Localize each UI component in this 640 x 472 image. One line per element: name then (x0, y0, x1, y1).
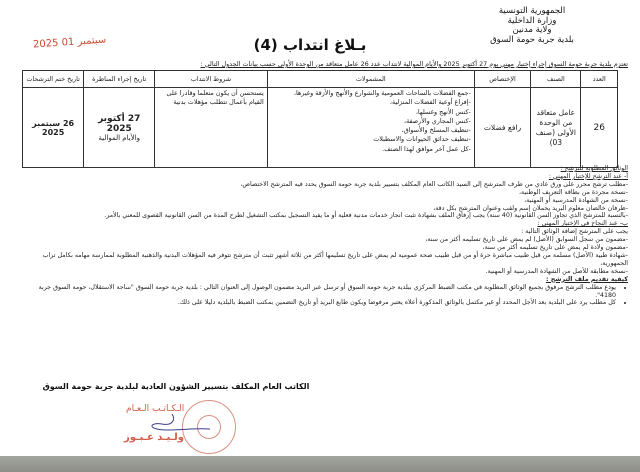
cell-deadline: 26 سبتمبر 2025 (23, 88, 84, 168)
signature-block: الـكـاتـب الـعـام ولـيـد عـبـوز (112, 398, 232, 454)
letterhead-line: بلدية جربة حومة السوق (462, 36, 602, 46)
col-conditions: شروط الانتداب (155, 71, 268, 88)
col-specialty: الإختصاص (474, 71, 530, 88)
intro-text: تعتزم بلدية جربة حومة السوق إجراء إختبار… (68, 60, 628, 68)
doc-item: -مضمون ولادة لم يمض على تاريخ تسليمه أكث… (18, 244, 628, 252)
table-row: 26 عامل متعاقد من الوحدة الأولى (صنف 03)… (23, 88, 618, 168)
cell-conditions: يستحسن أن يكون متعلما وقادرا على القيام … (155, 88, 268, 168)
duty-item: -جمع الفضلات بالساحات العمومية والشوارع … (271, 89, 471, 98)
table-header-row: العدد الصنف الإختصاص المشمولات شروط الان… (23, 71, 618, 88)
duty-item: -كنس الأنهج وغسلها، (271, 108, 471, 117)
col-deadline: تاريخ ختم الترشحات (23, 71, 84, 88)
section-b-intro: يجب على المترشح إضافة الوثائق التالية : (18, 228, 628, 236)
scanned-document-page: الجمهورية التونسية وزارة الداخلية ولاية … (0, 0, 640, 456)
section-b-title: ب- عند النجاح في الإختبار المهني : (18, 220, 628, 228)
cell-exam-date: 27 أكتوبر 2025 والأيام الموالية (84, 88, 155, 168)
scanner-background (0, 456, 640, 472)
doc-item: -شهادة طبية (الأصل) مسلمة من قبل طبيب مب… (18, 252, 628, 268)
exam-date: 27 أكتوبر 2025 (87, 114, 151, 134)
submission-item: يودع مطلب الترشح مرفوق بجميع الوثائق الم… (18, 284, 616, 300)
duty-item: -إفراغ أوعية الفضلات المنزلية، (271, 98, 471, 107)
cell-count: 26 (581, 88, 618, 168)
col-count: العدد (581, 71, 618, 88)
submission-list: يودع مطلب الترشح مرفوق بجميع الوثائق الم… (18, 284, 628, 308)
doc-item: -مضمون من سجل السوابق (الأصل) لم يمض على… (18, 236, 628, 244)
duty-item: -كل عمل آخر موافق لهذا الصنف. (271, 145, 471, 154)
doc-item: -نسخة مطابقة للأصل من الشهادة المدرسية أ… (18, 268, 628, 276)
doc-item: -نسخة من الشهادة المدرسية أو المهنية، (18, 197, 628, 205)
letterhead: الجمهورية التونسية وزارة الداخلية ولاية … (462, 7, 602, 45)
cell-duties: -جمع الفضلات بالساحات العمومية والشوارع … (267, 88, 474, 168)
submission-heading: كيفية تقديم ملف الترشح : (18, 276, 628, 284)
doc-item: -نسخة مجردة من بطاقة التعريف الوطنية، (18, 189, 628, 197)
col-category: الصنف (531, 71, 581, 88)
duty-item: -تنظيف المسلخ والأسواق، (271, 126, 471, 135)
signature-line: الكاتب العام المكلف بتسيير الشؤون العادي… (26, 382, 326, 391)
duty-item: -تنظيف حدائق الحيوانات والاسطبلات (271, 135, 471, 144)
cell-category: عامل متعاقد من الوحدة الأولى (صنف 03) (531, 88, 581, 168)
col-exam-date: تاريخ إجراء المناظرة (84, 71, 155, 88)
intro-sentence: تعتزم بلدية جربة حومة السوق إجراء إختبار… (200, 60, 628, 68)
documents-heading: الوثائق المطلوبة للترشح : (18, 165, 628, 173)
section-a-title: أ- عند الترشح للإختبار المهني : (18, 173, 628, 181)
exam-date-sub: والأيام الموالية (87, 134, 151, 142)
duty-item: -كنس المجاري والأرصفة، (271, 117, 471, 126)
date-stamp: 2025 سبتمبر 01 (33, 34, 107, 50)
handwritten-signature-icon (142, 412, 212, 436)
submission-item: كل مطلب يرد على البلدية بعد الأجل المحدد… (18, 299, 616, 307)
doc-item: -مطلب ترشح محرر على ورق عادي من طرف المت… (18, 181, 628, 189)
cell-specialty: رافع فضلات (474, 88, 530, 168)
doc-item: -بالنسبة للمترشح الذي تجاوز السن القانون… (18, 212, 628, 220)
col-duties: المشمولات (267, 71, 474, 88)
page-title: بـلاغ انتداب (4) (220, 36, 400, 54)
recruitment-table: العدد الصنف الإختصاص المشمولات شروط الان… (22, 70, 618, 168)
documents-section: الوثائق المطلوبة للترشح : أ- عند الترشح … (18, 165, 628, 307)
